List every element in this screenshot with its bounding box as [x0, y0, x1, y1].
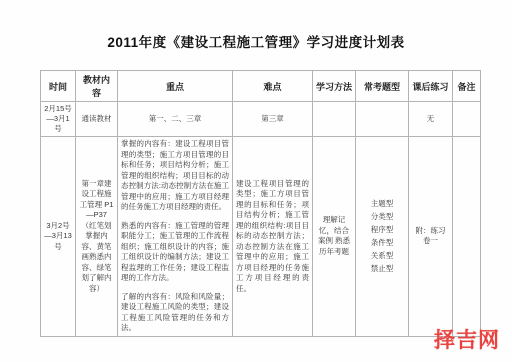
cell-question-types: 主题型 分类型 程序型 条件型 关系型 禁止型 — [356, 137, 409, 337]
cell-material: 通读教材 — [76, 102, 118, 137]
question-type-item: 分类型 — [359, 210, 405, 223]
key-points-paragraph-master: 掌握的内容有：建设工程项目管理的类型；施工方项目管理的目标和任务；项目结构分析；… — [121, 139, 229, 213]
header-row: 时间 教材内容 重点 难点 学习方法 常考题型 课后练习 备注 — [41, 71, 481, 102]
page-title: 2011年度《建设工程施工管理》学习进度计划表 — [0, 31, 512, 51]
col-header-difficulties: 难点 — [233, 71, 313, 102]
cell-question-types — [356, 102, 409, 137]
table-row: 3月2号—3月13号 第一章建设工程施工管理 P1—P37（红笔划掌握内容、黄笔… — [41, 137, 481, 337]
col-header-question-types: 常考题型 — [356, 71, 409, 102]
document-page: 2011年度《建设工程施工管理》学习进度计划表 时间 教材内容 重点 难点 学习… — [0, 0, 512, 362]
question-type-item: 条件型 — [359, 236, 405, 249]
col-header-remarks: 备注 — [453, 71, 481, 102]
col-header-material: 教材内容 — [76, 71, 118, 102]
cell-exercises: 无 — [409, 102, 453, 137]
cell-study-method — [313, 102, 356, 137]
table-row: 2月15号—3月1号 通读教材 第一、二、三章 第三章 无 — [41, 102, 481, 137]
key-points-paragraph-understand: 了解的内容有：风险和风险量；建设工程施工风险的类型；建设工程施工风险管理的任务和… — [121, 292, 229, 334]
cell-difficulties: 第三章 — [233, 102, 313, 137]
cell-difficulties: 建设工程项目管理的类型；施工方项目管理的目标和任务；项目结构分析；施工管理的组织… — [233, 137, 313, 337]
cell-study-method: 理解记忆，结合案例 熟悉历年考题 — [313, 137, 356, 337]
study-plan-table: 时间 教材内容 重点 难点 学习方法 常考题型 课后练习 备注 2月15号—3月… — [40, 70, 481, 337]
cell-time: 2月15号—3月1号 — [41, 102, 76, 137]
question-type-item: 关系型 — [359, 249, 405, 262]
cell-exercises: 附：练习卷一 — [409, 137, 453, 337]
watermark-logo: 择吉网 — [434, 324, 500, 354]
question-type-item: 主题型 — [359, 197, 405, 210]
key-points-paragraph-familiar: 熟悉的内容有：施工管理的管理职能分工；施工管理的工作流程组织；施工组织设计的内容… — [121, 221, 229, 284]
col-header-key-points: 重点 — [118, 71, 233, 102]
cell-material: 第一章建设工程施工管理 P1—P37（红笔划掌握内容、黄笔画熟悉内容、绿笔划了解… — [76, 137, 118, 337]
cell-remarks — [453, 137, 481, 337]
cell-key-points: 掌握的内容有：建设工程项目管理的类型；施工方项目管理的目标和任务；项目结构分析；… — [118, 137, 233, 337]
col-header-time: 时间 — [41, 71, 76, 102]
question-type-item: 禁止型 — [359, 262, 405, 275]
cell-time: 3月2号—3月13号 — [41, 137, 76, 337]
col-header-exercises: 课后练习 — [409, 71, 453, 102]
cell-key-points: 第一、二、三章 — [118, 102, 233, 137]
question-type-item: 程序型 — [359, 223, 405, 236]
cell-remarks — [453, 102, 481, 137]
col-header-study-method: 学习方法 — [313, 71, 356, 102]
